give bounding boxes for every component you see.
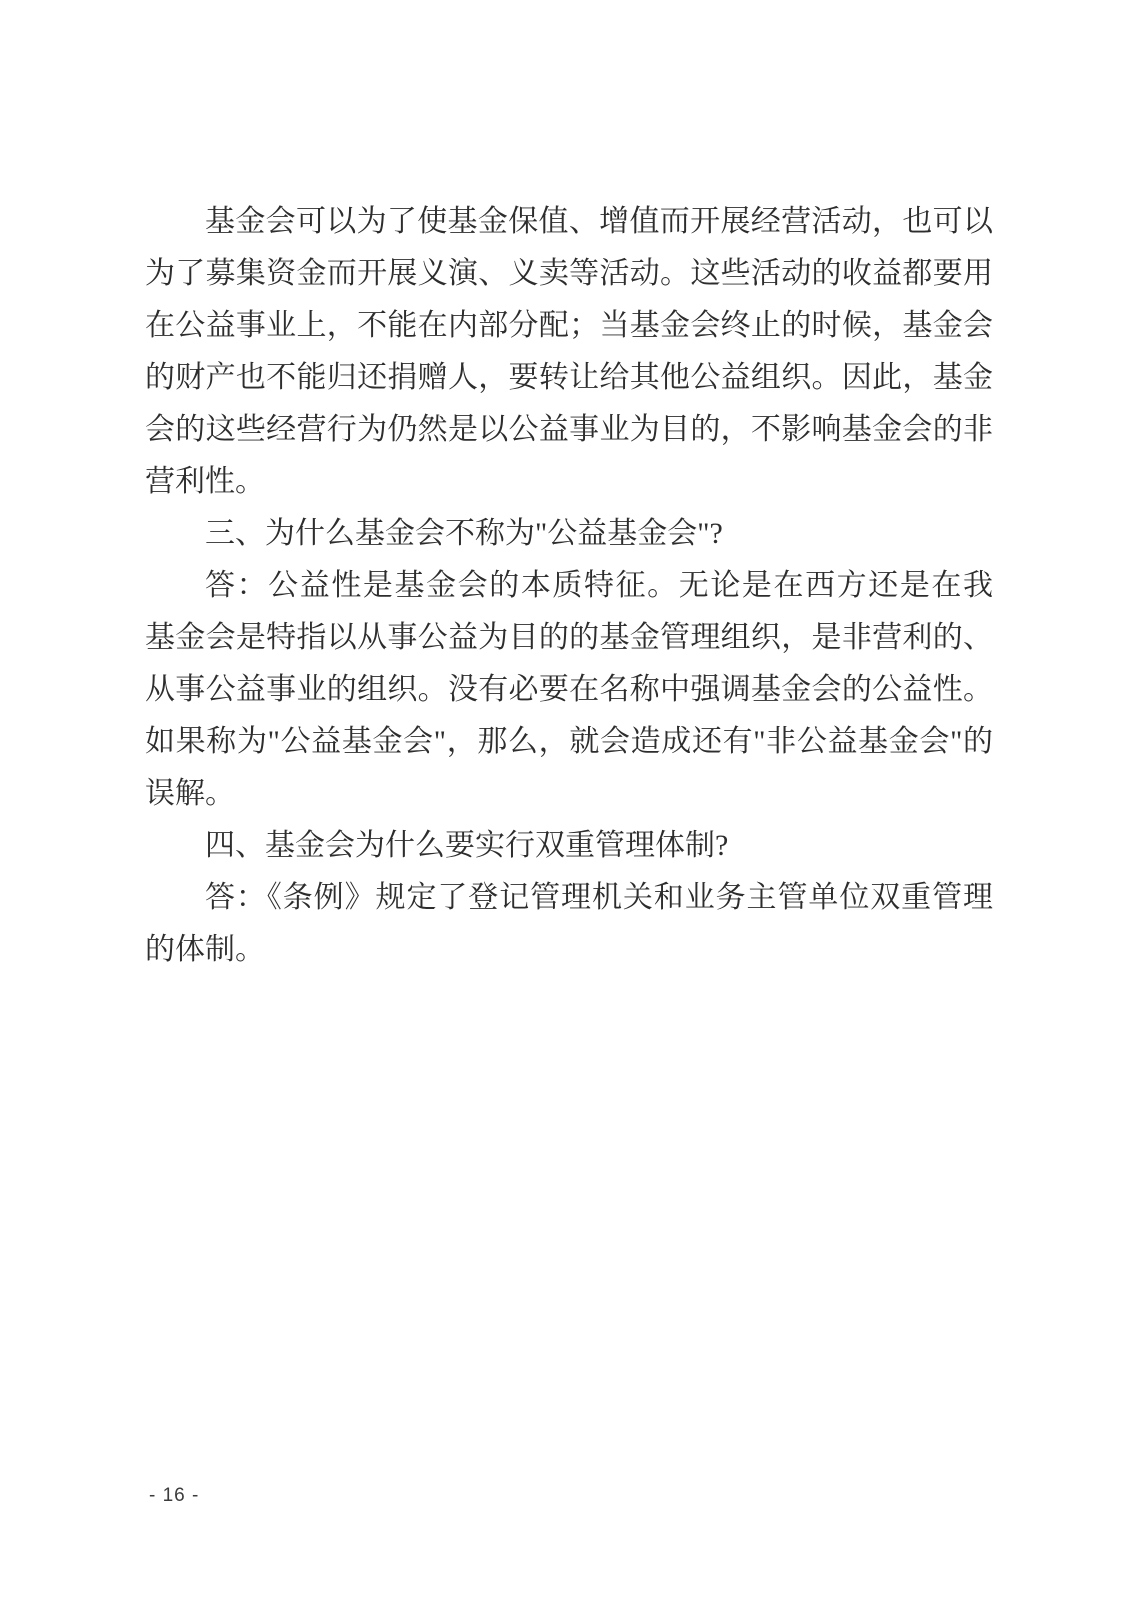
text-line: 的财产也不能归还捐赠人，要转让给其他公益组织。因此，基金 (145, 352, 993, 404)
text-line: 营利性。 (145, 456, 993, 508)
question-heading-line: 三、为什么基金会不称为"公益基金会"? (145, 508, 993, 560)
text-line: 误解。 (145, 768, 993, 820)
text-line: 基金会是特指以从事公益为目的的基金管理组织，是非营利的、 (145, 612, 993, 664)
question-heading-line: 四、基金会为什么要实行双重管理体制? (145, 820, 993, 872)
text-line: 的体制。 (145, 924, 993, 976)
text-line: 答：《条例》规定了登记管理机关和业务主管单位双重管理 (145, 872, 993, 924)
document-page: 基金会可以为了使基金保值、增值而开展经营活动，也可以为了募集资金而开展义演、义卖… (0, 0, 1131, 1600)
text-line: 会的这些经营行为仍然是以公益事业为目的，不影响基金会的非 (145, 404, 993, 456)
text-line: 如果称为"公益基金会"，那么，就会造成还有"非公益基金会"的 (145, 716, 993, 768)
page-number: - 16 - (149, 1483, 199, 1509)
text-line: 答：公益性是基金会的本质特征。无论是在西方还是在我国， (145, 560, 993, 612)
text-line: 基金会可以为了使基金保值、增值而开展经营活动，也可以 (145, 196, 993, 248)
text-line: 在公益事业上，不能在内部分配；当基金会终止的时候，基金会 (145, 300, 993, 352)
text-line: 为了募集资金而开展义演、义卖等活动。这些活动的收益都要用 (145, 248, 993, 300)
text-line: 从事公益事业的组织。没有必要在名称中强调基金会的公益性。 (145, 664, 993, 716)
document-text-block: 基金会可以为了使基金保值、增值而开展经营活动，也可以为了募集资金而开展义演、义卖… (145, 196, 993, 976)
